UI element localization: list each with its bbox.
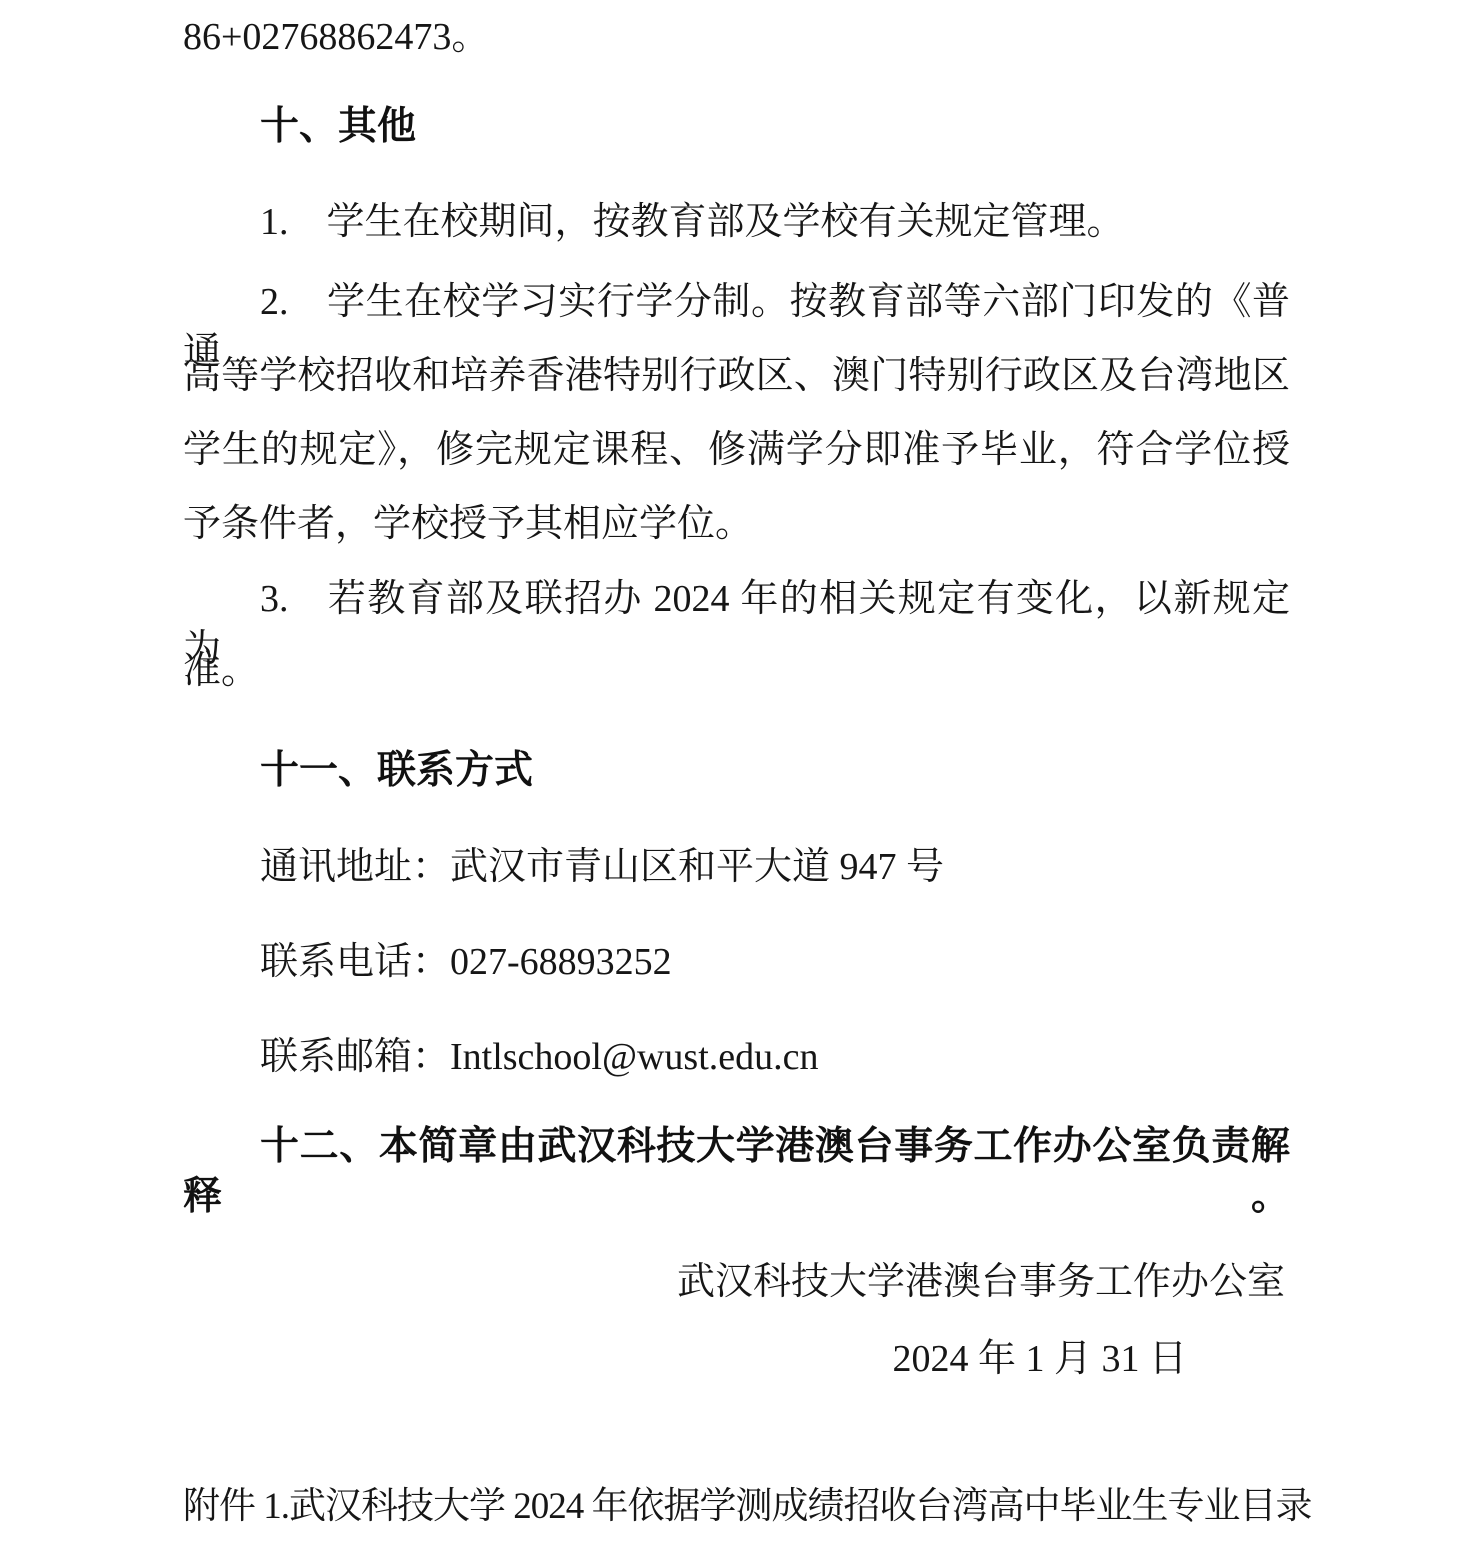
contact-address: 通讯地址：武汉市青山区和平大道 947 号 [183, 842, 1290, 892]
signature-date: 2024 年 1 月 31 日 [892, 1334, 1187, 1384]
section-11-heading: 十一、联系方式 [183, 746, 1290, 796]
item-2-line-2: 高等学校招收和培养香港特别行政区、澳门特别行政区及台湾地区 [183, 351, 1290, 401]
signature-office: 武汉科技大学港澳台事务工作办公室 [677, 1257, 1285, 1307]
item-3-line-2: 准。 [183, 646, 1290, 696]
section-12-heading: 十二、本简章由武汉科技大学港澳台事务工作办公室负责解释。 [183, 1122, 1290, 1222]
contact-email: 联系邮箱：Intlschool@wust.edu.cn [183, 1032, 1290, 1082]
item-2-line-4: 予条件者，学校授予其相应学位。 [183, 499, 1290, 549]
contact-phone: 联系电话：027-68893252 [183, 937, 1290, 987]
item-1-text: 1. 学生在校期间，按教育部及学校有关规定管理。 [183, 197, 1290, 247]
phone-number-continuation: 86+02768862473。 [183, 12, 1290, 62]
section-10-heading: 十、其他 [183, 102, 1290, 152]
item-2-line-3: 学生的规定》，修完规定课程、修满学分即准予毕业，符合学位授 [183, 425, 1290, 475]
attachment-1-title: 附件 1.武汉科技大学 2024 年依据学测成绩招收台湾高中毕业生专业目录 [183, 1482, 1290, 1532]
document-page: 86+02768862473。 十、其他 1. 学生在校期间，按教育部及学校有关… [0, 0, 1458, 1544]
